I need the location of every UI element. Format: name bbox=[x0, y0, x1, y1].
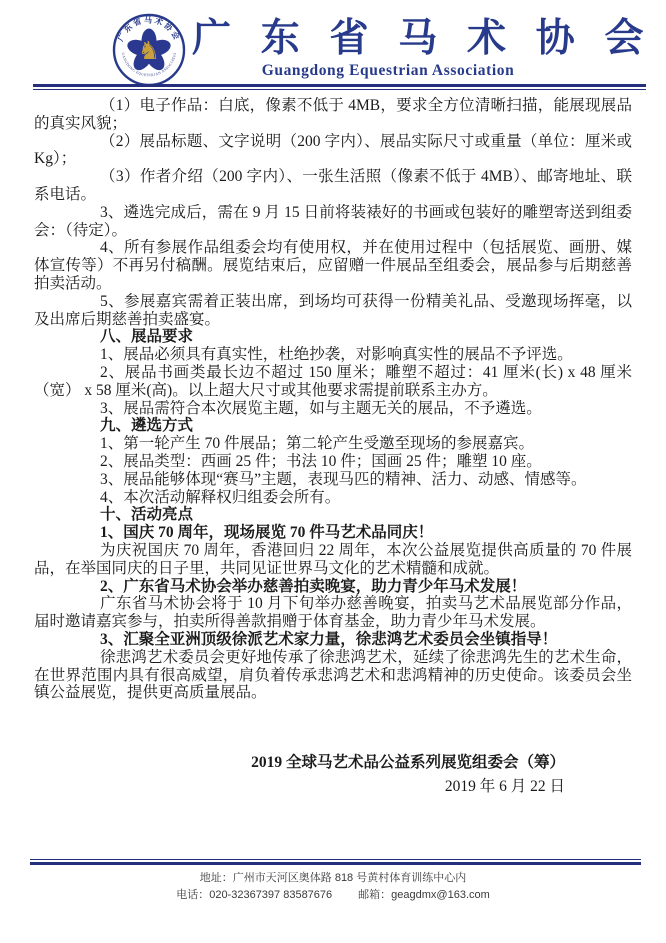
highlight-item-1: 1、国庆 70 周年，现场展览 70 件马艺术品同庆！ bbox=[34, 524, 632, 542]
association-logo: 广东省马术协会 GUANGDONG EQUESTRIAN ASSOCIATION… bbox=[112, 13, 186, 87]
body-paragraph: 2、展品书画类最长边不超过 150 厘米；雕塑不超过：41 厘米(长) x 48… bbox=[34, 364, 632, 400]
body-paragraph: 广东省马术协会将于 10 月下旬举办慈善晚宴，拍卖马艺术品展览部分作品，届时邀请… bbox=[34, 595, 632, 631]
section-heading-8: 八、展品要求 bbox=[34, 328, 632, 346]
signature-committee: 2019 全球马艺术品公益系列展览组委会（筹） bbox=[251, 751, 565, 775]
section-heading-10: 十、活动亮点 bbox=[34, 506, 632, 524]
body-paragraph: （3）作者介绍（200 字内）、一张生活照（像素不低于 4MB）、邮寄地址、联系… bbox=[34, 168, 632, 204]
signature-block: 2019 全球马艺术品公益系列展览组委会（筹） 2019 年 6 月 22 日 bbox=[251, 751, 565, 799]
footer-phone: 电话：020-32367397 83587676 bbox=[176, 889, 332, 901]
body-paragraph: 3、展品能够体现“赛马”主题，表现马匹的精神、活力、动感、情感等。 bbox=[34, 471, 632, 489]
org-name-english: Guangdong Equestrian Association bbox=[192, 62, 584, 80]
body-paragraph: 2、展品类型：西画 25 件；书法 10 件；国画 25 件；雕塑 10 座。 bbox=[34, 453, 632, 471]
association-emblem-icon: 广东省马术协会 GUANGDONG EQUESTRIAN ASSOCIATION… bbox=[112, 13, 186, 87]
letterhead-titles: 广 东 省 马 术 协 会 Guangdong Equestrian Assoc… bbox=[192, 17, 584, 80]
highlight-item-3: 3、汇聚全亚洲顶级徐派艺术家力量，徐悲鸿艺术委员会坐镇指导！ bbox=[34, 631, 632, 649]
body-paragraph: 徐悲鸿艺术委员会更好地传承了徐悲鸿艺术，延续了徐悲鸿先生的艺术生命，在世界范围内… bbox=[34, 649, 632, 702]
body-paragraph: （1）电子作品：白底，像素不低于 4MB，要求全方位清晰扫描，能展现展品的真实风… bbox=[34, 97, 632, 133]
section-heading-9: 九、遴选方式 bbox=[34, 417, 632, 435]
highlight-item-2: 2、广东省马术协会举办慈善拍卖晚宴，助力青少年马术发展！ bbox=[34, 578, 632, 596]
footer-email: 邮箱：geagdmx@163.com bbox=[358, 889, 490, 901]
header-double-rule bbox=[33, 84, 646, 90]
signature-date: 2019 年 6 月 22 日 bbox=[251, 775, 565, 799]
body-paragraph: 3、展品需符合本次展览主题，如与主题无关的展品，不予遴选。 bbox=[34, 400, 632, 418]
body-paragraph: 1、展品必须具有真实性，杜绝抄袭，对影响真实性的展品不予评选。 bbox=[34, 346, 632, 364]
document-page: 广东省马术协会 GUANGDONG EQUESTRIAN ASSOCIATION… bbox=[0, 0, 666, 943]
body-paragraph: 1、第一轮产生 70 件展品；第二轮产生受邀至现场的参展嘉宾。 bbox=[34, 435, 632, 453]
body-paragraph: 5、参展嘉宾需着正装出席，到场均可获得一份精美礼品、受邀现场挥毫，以及出席后期慈… bbox=[34, 293, 632, 329]
body-paragraph: 3、遴选完成后，需在 9 月 15 日前将装裱好的书画或包装好的雕塑寄送到组委会… bbox=[34, 204, 632, 240]
footer-double-rule bbox=[30, 859, 641, 865]
body-paragraph: 4、所有参展作品组委会均有使用权，并在使用过程中（包括展览、画册、媒体宣传等）不… bbox=[34, 239, 632, 292]
footer-contact-line: 电话：020-32367397 83587676邮箱：geagdmx@163.c… bbox=[0, 887, 666, 904]
footer-address: 地址：广州市天河区奥体路 818 号黄村体育训练中心内 bbox=[0, 870, 666, 887]
golden-horse-icon: ♞ bbox=[138, 36, 160, 65]
body-paragraph: （2）展品标题、文字说明（200 字内）、展品实际尺寸或重量（单位：厘米或 Kg… bbox=[34, 133, 632, 169]
body-paragraph: 为庆祝国庆 70 周年，香港回归 22 周年，本次公益展览提供高质量的 70 件… bbox=[34, 542, 632, 578]
document-body: （1）电子作品：白底，像素不低于 4MB，要求全方位清晰扫描，能展现展品的真实风… bbox=[34, 97, 632, 702]
footer-contact-block: 地址：广州市天河区奥体路 818 号黄村体育训练中心内 电话：020-32367… bbox=[0, 870, 666, 904]
body-paragraph: 4、本次活动解释权归组委会所有。 bbox=[34, 489, 632, 507]
org-name-chinese: 广 东 省 马 术 协 会 bbox=[192, 17, 584, 61]
